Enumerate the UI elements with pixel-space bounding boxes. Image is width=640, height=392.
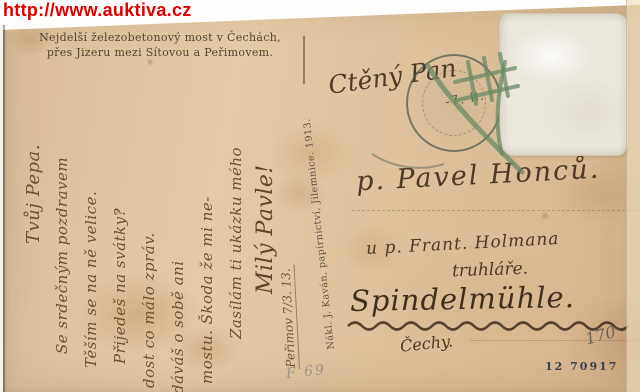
handwritten-date-note: Peřimov 7/3. 13.	[278, 264, 299, 370]
message-line: dost co málo zpráv.	[135, 52, 164, 392]
pencil-price: 170 –	[583, 319, 630, 349]
address-occupation: truhláře.	[452, 259, 529, 282]
address-co-line: u p. Frant. Holmana	[366, 229, 560, 259]
postmark-stamp: -7. II.	[406, 54, 502, 152]
caption-line-1: Nejdelší železobetonový most v Čechách,	[28, 30, 292, 45]
address-ruled-line	[352, 210, 640, 211]
message-line: Přijedeš na svátky?	[106, 52, 135, 392]
card-right-edge	[626, 0, 640, 392]
message-line: Zasílám ti ukázku mého	[222, 52, 251, 392]
card-left-edge-shadow	[3, 25, 5, 392]
center-divider-line	[303, 36, 305, 84]
removed-stamp-patch	[499, 13, 628, 156]
postcard-scan: Nejdelší železobetonový most v Čechách, …	[0, 0, 640, 392]
address-name: p. Pavel Honců.	[355, 154, 601, 198]
message-line: mostu. Škoda že mi ne-	[193, 52, 222, 392]
pencil-code: F 69	[285, 362, 326, 382]
address-country: Čechy.	[399, 331, 454, 355]
message-line: Těším se na ně velice.	[77, 52, 106, 392]
address-destination: Spindelmühle.	[350, 280, 575, 318]
message-line: Se srdečným pozdravem	[48, 52, 77, 392]
catalog-number: 12 70917	[545, 360, 618, 373]
postmark-date: -7. II.	[444, 88, 486, 110]
handwritten-message: Milý Pavle! Zasílám ti ukázku mého mostu…	[18, 52, 280, 392]
message-greeting: Milý Pavle!	[251, 52, 280, 392]
postcard-back: Nejdelší železobetonový most v Čechách, …	[0, 4, 640, 392]
watermark-url: http://www.auktiva.cz	[3, 0, 192, 21]
message-line: dáváš o sobě ani	[164, 52, 193, 392]
message-signature: Tvůj Pepa.	[19, 52, 48, 392]
publisher-imprint: Nákl. J. Kaván, papírnictví, Jilemnice. …	[302, 118, 337, 350]
